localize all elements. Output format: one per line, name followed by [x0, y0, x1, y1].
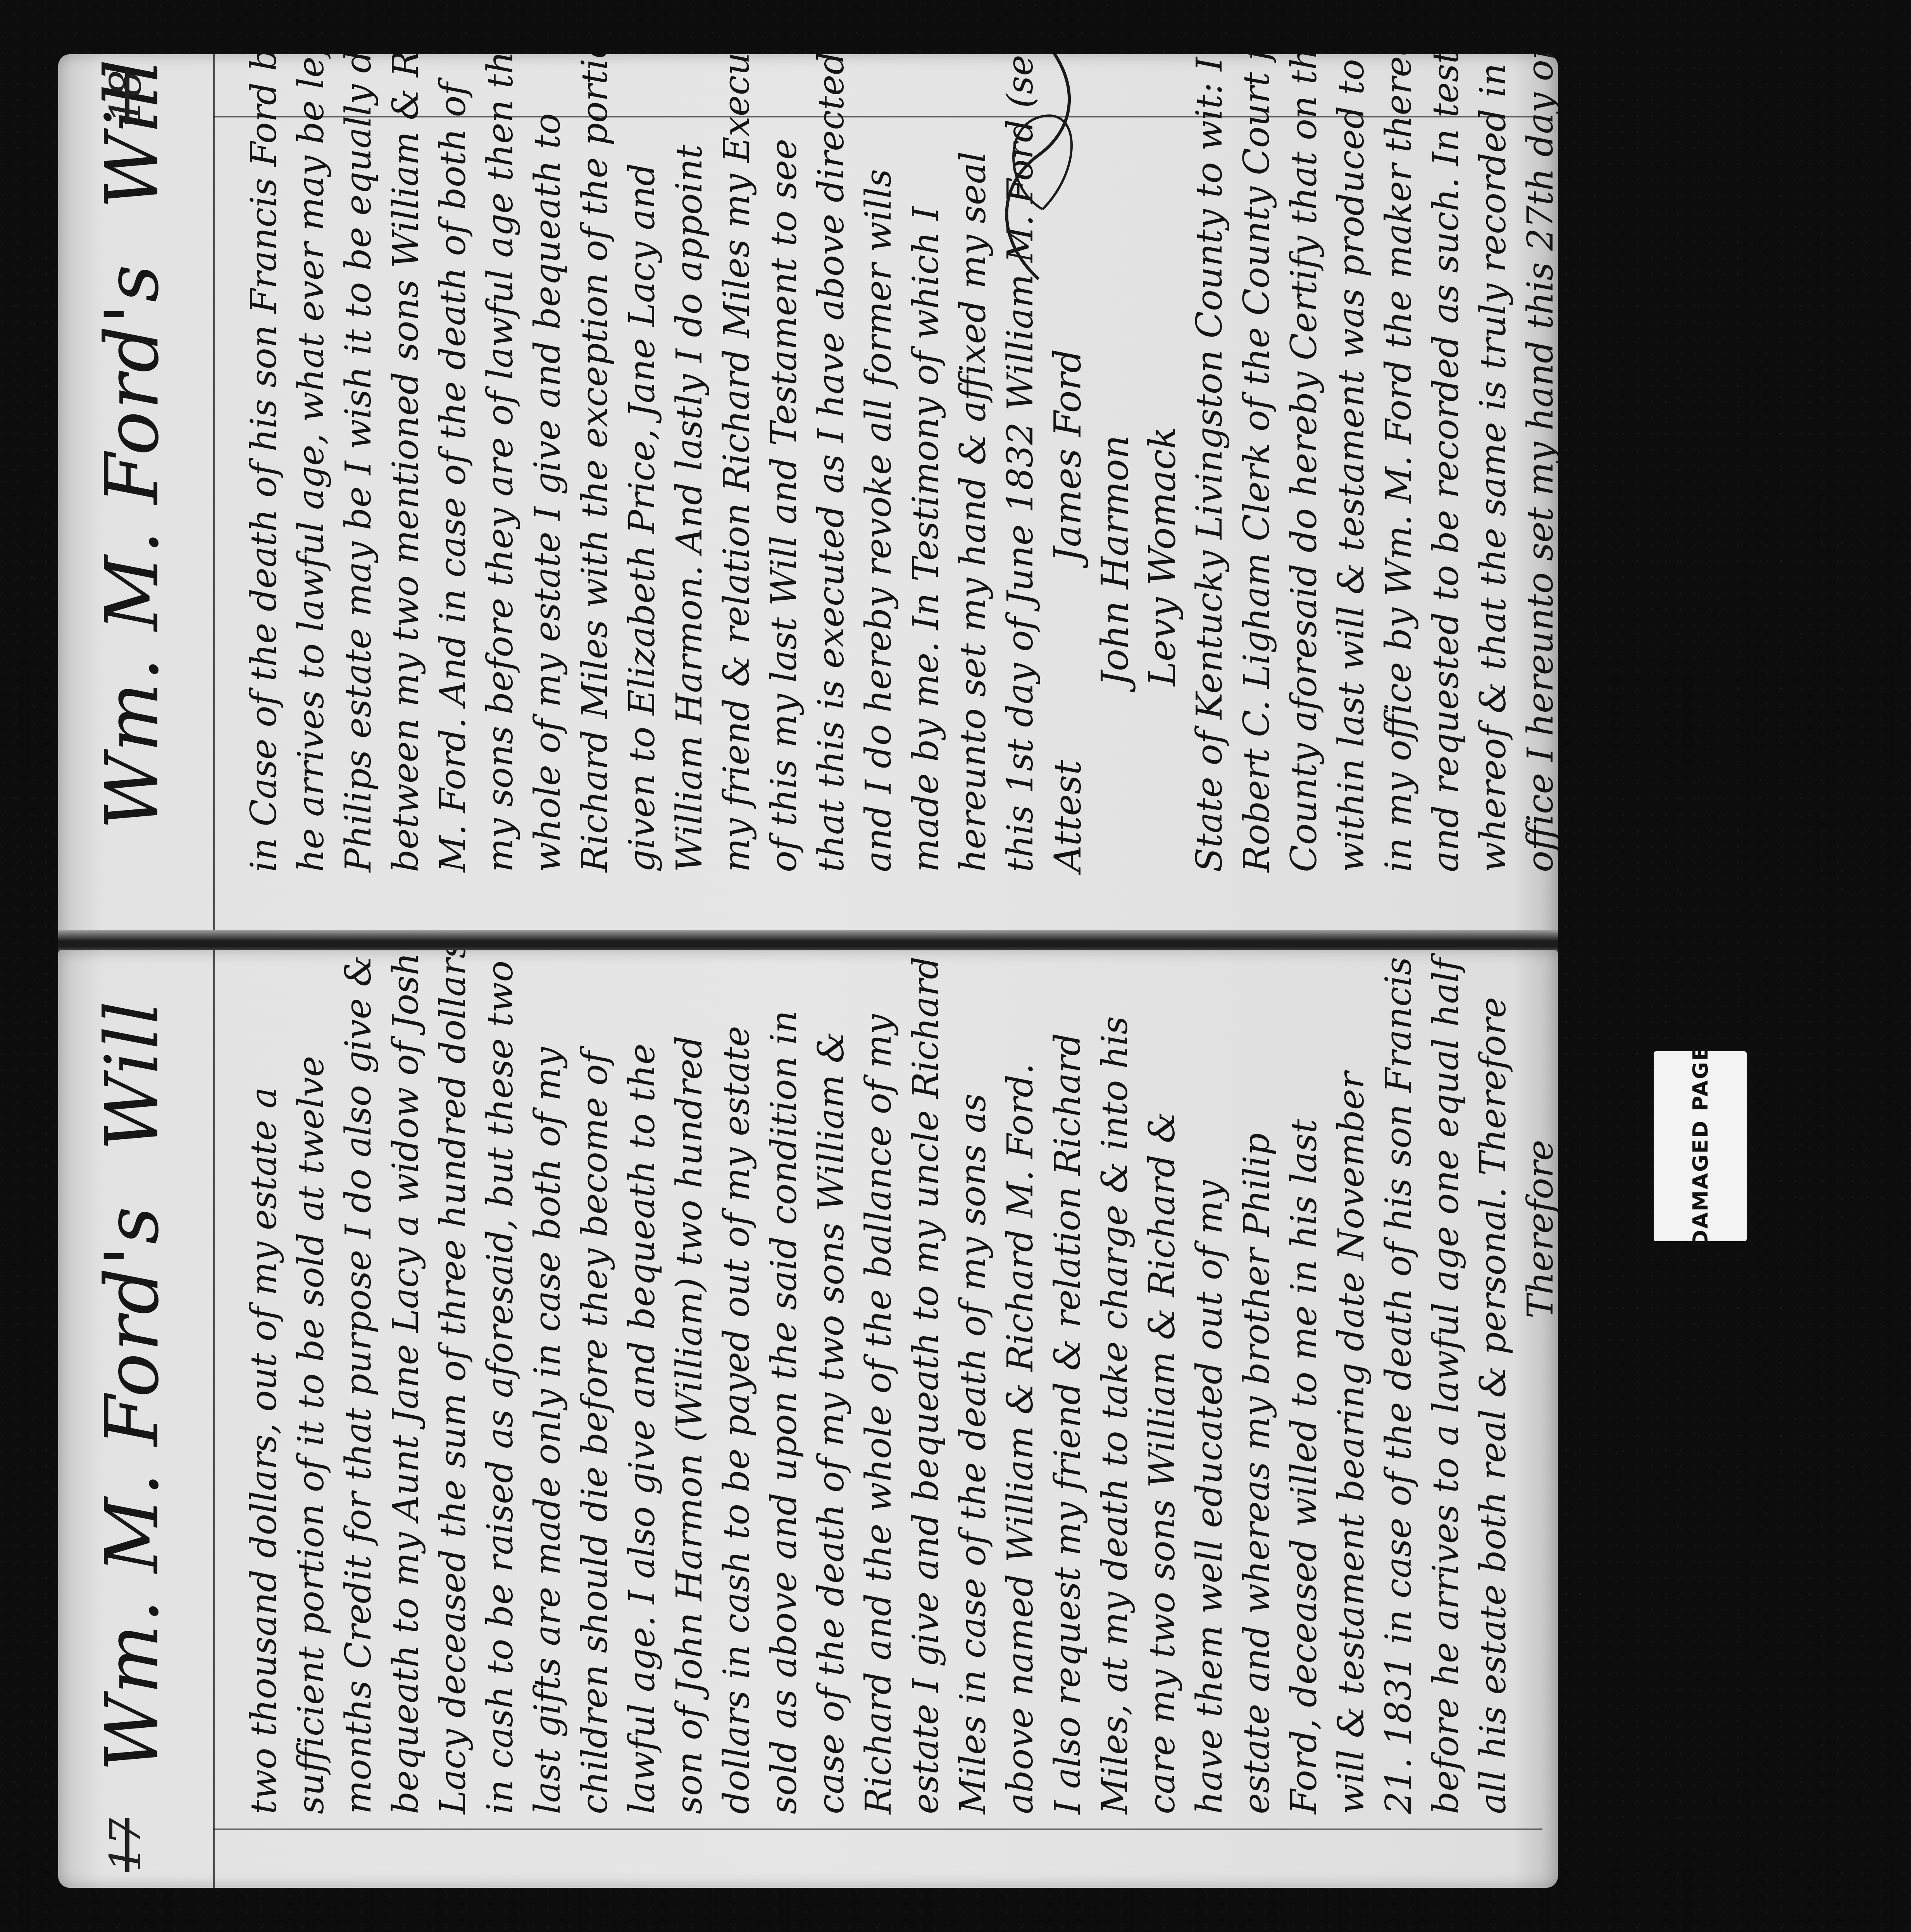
text-line: whole of my estate I give and bequeath t… [524, 128, 571, 872]
will-text-upper: in Case of the death of his son Francis … [240, 128, 1542, 872]
text-line: given to Elizabeth Price, Jane Lacy and [619, 128, 666, 872]
folio-number: 17 [101, 1818, 150, 1872]
text-line: whereof & that the same is truly recorde… [1470, 128, 1517, 872]
text-line: Philips estate may be I wish it to be eq… [335, 128, 382, 872]
text-line: office I hereunto set my hand this 27th … [1517, 128, 1558, 872]
text-line: will & testament bearing date November [1328, 1023, 1375, 1814]
text-line: I also request my friend & relation Rich… [1044, 1023, 1091, 1814]
damaged-page-label: DAMAGED PAGE [1654, 1051, 1747, 1241]
text-line: of this my last Will and Testament to se… [760, 128, 808, 872]
attest-label: Attest [1046, 760, 1089, 872]
text-line: made by me. In Testimony of which I [902, 128, 949, 872]
text-line: have them well educated out of my [1186, 1023, 1233, 1814]
text-line: Ford, deceased willed to me in his last [1280, 1023, 1328, 1814]
seal-flourish-icon [980, 54, 1097, 287]
text-line: and I do hereby revoke all former wills [855, 128, 902, 872]
text-line: months Credit for that purpose I do also… [335, 1023, 382, 1814]
text-line: and requested to be recorded as such. In… [1422, 128, 1470, 872]
text-line: sold as above and upon the said conditio… [760, 1023, 808, 1814]
heading-name: Wm. M. Ford's [89, 263, 175, 830]
text-line: last gifts are made only in case both of… [524, 1023, 571, 1814]
text-line: care my two sons William & Richard & [1139, 1023, 1186, 1814]
witness-signature: Levy Womack [1139, 128, 1186, 872]
text-line: William Harmon. And lastly I do appoint [666, 128, 713, 872]
heading-rule [213, 54, 215, 946]
text-line: son of John Harmon (William) two hundred [666, 1023, 713, 1814]
witness-signature: John Harmon [1091, 128, 1139, 872]
text-line: dollars in cash to be payed out of my es… [713, 1023, 760, 1814]
will-book-spread: Wm. M. Ford's Will 18 in Case of the dea… [58, 39, 1558, 1892]
text-line: Richard and the whole of the ballance of… [855, 1023, 902, 1814]
heading-will: Will [89, 999, 175, 1151]
page-heading: Wm. M. Ford's Will [74, 54, 190, 946]
margin-rule [213, 1828, 1542, 1830]
text-line: Miles, at my death to take charge & into… [1091, 1023, 1139, 1814]
text-line: in Case of the death of his son Francis … [240, 128, 288, 872]
text-line: lawful age. I also give and bequeath to … [619, 1023, 666, 1814]
text-line: 21. 1831 in case of the death of his son… [1375, 1023, 1422, 1814]
text-line: estate and whereas my brother Philip [1233, 1023, 1280, 1814]
text-line: between my two mentioned sons William & … [382, 128, 429, 872]
text-line: State of Kentucky Livingston County to w… [1186, 128, 1233, 872]
witness-signature: James Ford [1046, 349, 1089, 748]
text-line: above named William & Richard M. Ford. [997, 1023, 1044, 1814]
text-line: Lacy deceased the sum of three hundred d… [429, 1023, 477, 1814]
text-line: Robert C. Ligham Clerk of the County Cou… [1233, 128, 1280, 872]
text-line: within last will & testament was produce… [1328, 128, 1375, 872]
damaged-page-text: DAMAGED PAGE [1688, 1045, 1713, 1247]
catchword: Therefore [1517, 1023, 1558, 1814]
text-line: in my office by Wm. M. Ford the maker th… [1375, 128, 1422, 872]
lower-page: Wm. M. Ford's Will 17 two thousand dolla… [58, 950, 1558, 1888]
folio-number: 18 [101, 70, 150, 124]
text-line: case of the death of my two sons William… [808, 1023, 855, 1814]
text-line: all his estate both real & personal. The… [1470, 1023, 1517, 1814]
heading-rule [213, 950, 215, 1888]
text-line: children should die before they become o… [571, 1023, 619, 1814]
text-line: Richard Miles with the exception of the … [571, 128, 619, 872]
text-line: estate I give and bequeath to my uncle R… [902, 1023, 949, 1814]
heading-name: Wm. M. Ford's [89, 1205, 175, 1772]
upper-page: Wm. M. Ford's Will 18 in Case of the dea… [58, 54, 1558, 946]
page-heading: Wm. M. Ford's Will [74, 950, 190, 1888]
text-line: sufficient portion of it to be sold at t… [288, 1023, 335, 1814]
text-line: my friend & relation Richard Miles my Ex… [713, 128, 760, 872]
text-line: County aforesaid do hereby Certify that … [1280, 128, 1328, 872]
text-line: two thousand dollars, out of my estate a [240, 1023, 288, 1814]
text-line: before he arrives to a lawful age one eq… [1422, 1023, 1470, 1814]
text-line: in cash to be raised as aforesaid, but t… [477, 1023, 524, 1814]
will-text-lower: two thousand dollars, out of my estate a… [240, 1023, 1542, 1814]
text-line: that this is executed as I have above di… [808, 128, 855, 872]
text-line: bequeath to my Aunt Jane Lacy a widow of… [382, 1023, 429, 1814]
text-line: my sons before they are of lawful age th… [477, 128, 524, 872]
text-line: M. Ford. And in case of the death of bot… [429, 128, 477, 872]
text-line: he arrives to lawful age, what ever may … [288, 128, 335, 872]
text-line: Miles in case of the death of my sons as [949, 1023, 997, 1814]
